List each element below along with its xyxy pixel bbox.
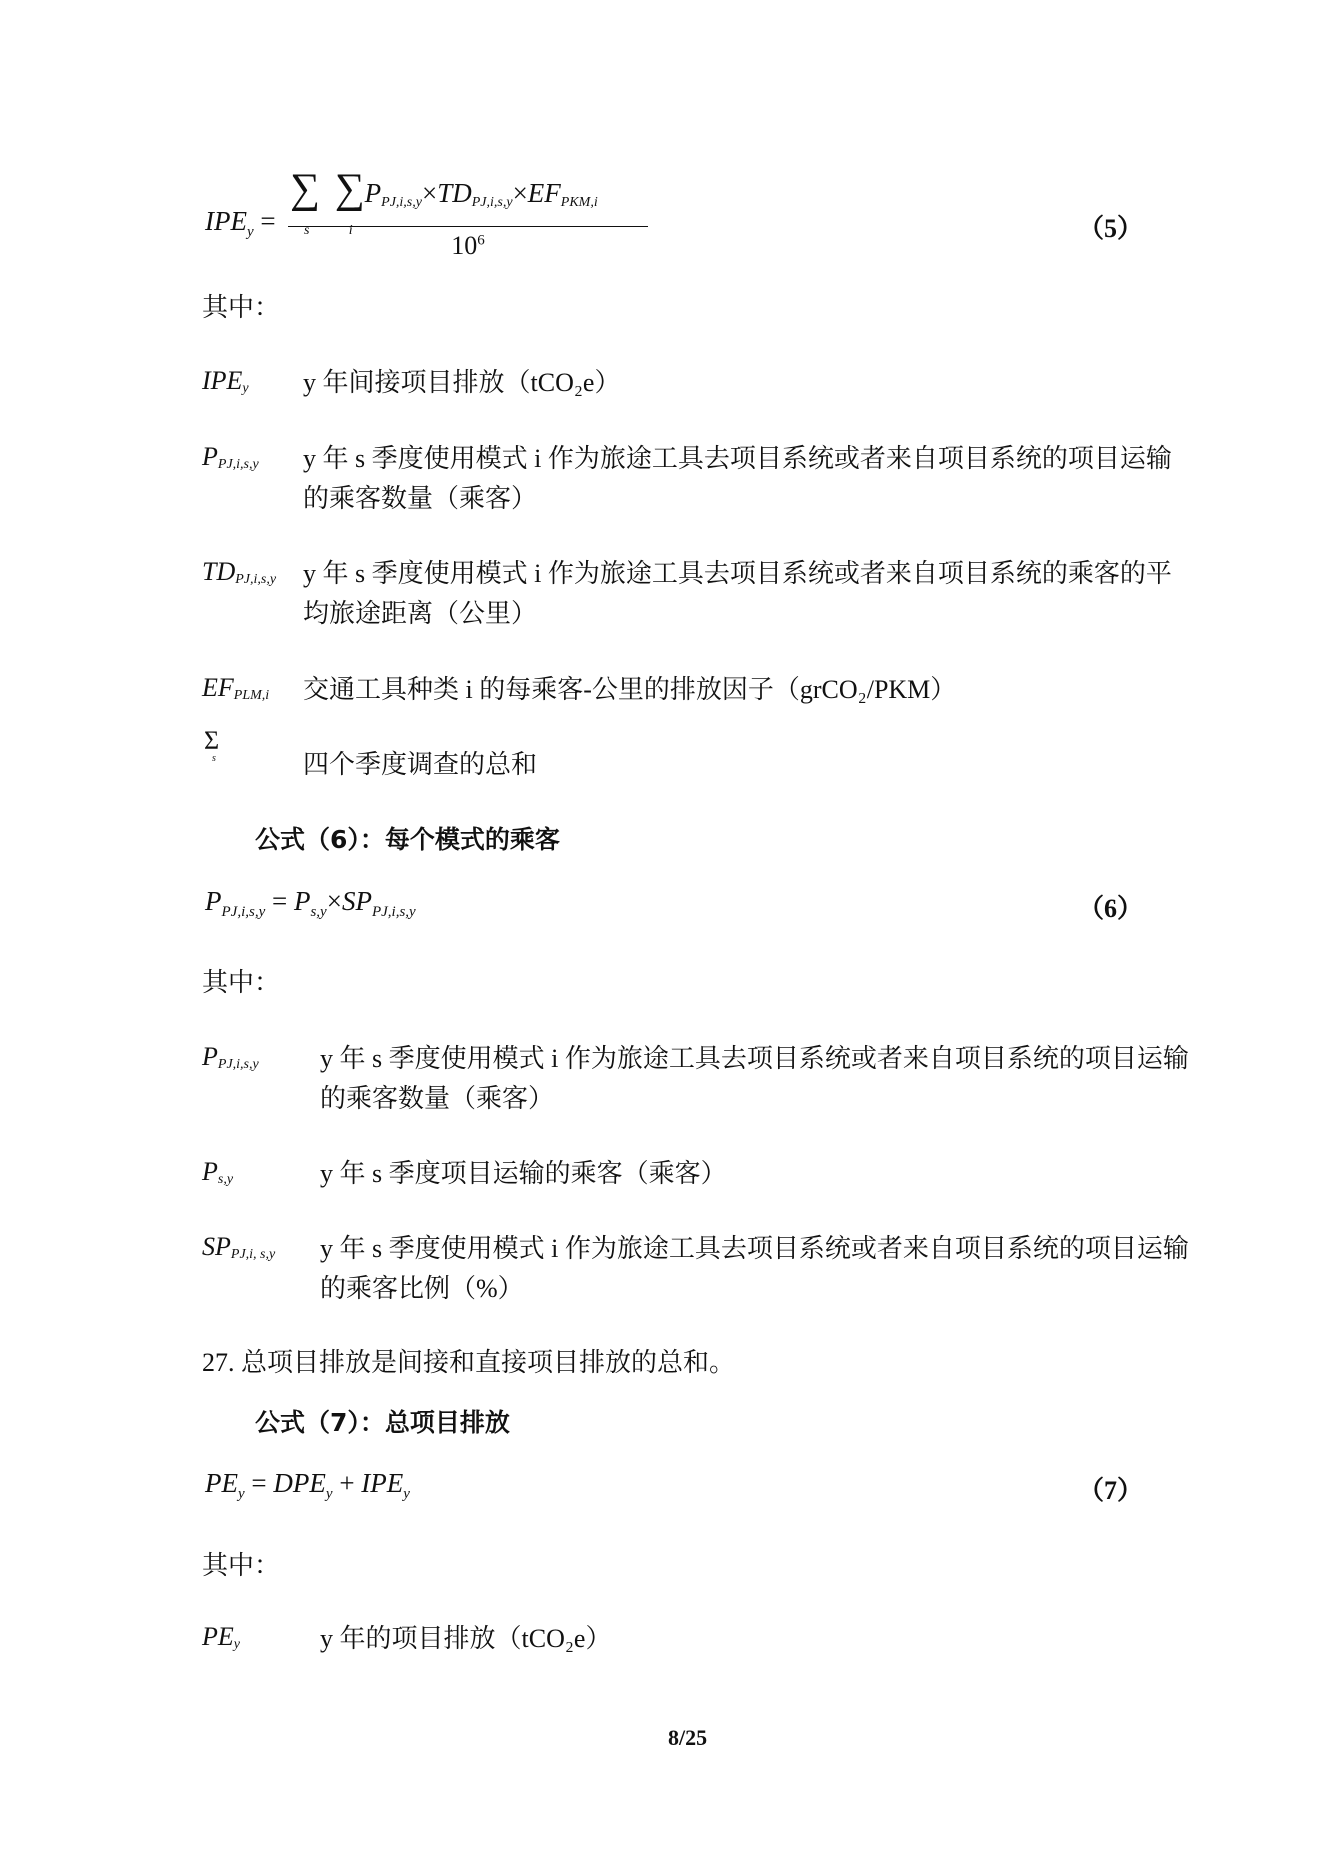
def-symbol: PPJ,i,s,y [202,442,259,473]
def-symbol: TDPJ,i,s,y [202,557,276,588]
eq5-denominator: 106 [288,227,648,261]
def-text: y 年间接项目排放（tCO₂e） [303,363,1193,403]
def-symbol: PEy [202,1622,240,1653]
def-text: y 年 s 季度项目运输的乘客（乘客） [320,1154,1190,1194]
sigma-s-symbol: Σ s [204,728,219,764]
def-symbol: PPJ,i,s,y [202,1042,259,1073]
eq7-where-label: 其中： [202,1546,280,1586]
def-text: y 年的项目排放（tCO₂e） [320,1619,1190,1659]
eq5-number: （5） [1078,208,1143,245]
sigma-s-icon: ∑s [290,168,320,210]
def-symbol: EFPLM,i [202,673,269,704]
def-symbol: IPEy [202,366,249,397]
def-text: y 年 s 季度使用模式 i 作为旅途工具去项目系统或者来自项目系统的项目运输的… [303,439,1193,519]
eq6-formula: PPJ,i,s,y = Ps,y×SPPJ,i,s,y [205,886,416,921]
def-symbol: Ps,y [202,1157,233,1188]
eq6-where-label: 其中： [202,963,280,1003]
eq5-numerator: ∑s ∑iPPJ,i,s,y×TDPJ,i,s,y×EFPKM,i [288,168,648,226]
page-number: 8/25 [668,1725,707,1751]
sigma-i-icon: ∑i [335,168,365,210]
def-text: y 年 s 季度使用模式 i 作为旅途工具去项目系统或者来自项目系统的乘客的平均… [303,554,1193,634]
eq6-number: （6） [1078,888,1143,925]
def-text: y 年 s 季度使用模式 i 作为旅途工具去项目系统或者来自项目系统的项目运输的… [320,1039,1190,1119]
def-text: y 年 s 季度使用模式 i 作为旅途工具去项目系统或者来自项目系统的项目运输的… [320,1229,1190,1309]
paragraph-27: 27. 总项目排放是间接和直接项目排放的总和。 [202,1343,735,1383]
eq5-lhs: IPEy = [205,206,276,241]
eq5-where-label: 其中： [202,288,280,328]
def-text: 交通工具种类 i 的每乘客-公里的排放因子（grCO₂/PKM） [303,670,1193,710]
eq6-heading: 公式（6）：每个模式的乘客 [255,820,560,856]
eq7-number: （7） [1078,1470,1143,1507]
def-symbol: SPPJ,i, s,y [202,1232,275,1263]
eq7-heading: 公式（7）：总项目排放 [255,1403,510,1439]
eq5-fraction: ∑s ∑iPPJ,i,s,y×TDPJ,i,s,y×EFPKM,i 106 [288,168,648,261]
eq7-formula: PEy = DPEy + IPEy [205,1468,410,1503]
def-text: 四个季度调查的总和 [303,745,1193,785]
